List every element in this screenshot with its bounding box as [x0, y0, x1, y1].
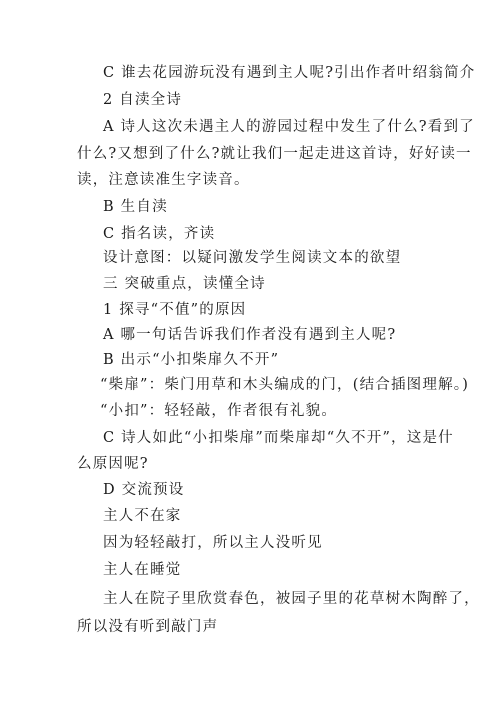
text-line: “小扣”：轻轻敲，作者很有礼貌。 [100, 402, 337, 420]
text-line: 读，注意读准生字读音。 [77, 171, 250, 189]
text-line: C 谁去花园游玩没有遇到主人呢?引出作者叶绍翁简介 [103, 64, 475, 82]
text-line: 主人不在家 [103, 507, 182, 525]
text-line: 主人在院子里欣赏春色，被园子里的花草树木陶醉了， [103, 590, 480, 608]
text-line: “柴扉”：柴门用草和木头编成的门，(结合插图理解。) [100, 376, 469, 394]
text-line: 所以没有听到敲门声 [77, 618, 218, 636]
text-line: 主人在睡觉 [103, 561, 182, 579]
text-line: B 生自渎 [103, 198, 168, 216]
text-line: A 哪一句话告诉我们作者没有遇到主人呢? [103, 326, 396, 344]
text-line: A 诗人这次未遇主人的游园过程中发生了什么?看到了 [103, 118, 475, 136]
text-line: D 交流预设 [103, 481, 184, 499]
section-heading: 三 突破重点，读懂全诗 [103, 275, 266, 293]
text-line: C 指名读，齐读 [103, 225, 215, 243]
section-heading: 1 探寻“不值”的原因 [103, 301, 246, 319]
section-heading: 2 自渎全诗 [103, 91, 182, 109]
text-line: 因为轻轻敲打，所以主人没听见 [103, 534, 323, 552]
design-intent: 设计意图：以疑问激发学生阅读文本的欲望 [103, 249, 401, 267]
text-line: 么原因呢? [77, 455, 149, 473]
text-line: 什么?又想到了什么?就让我们一起走进这首诗，好好读一 [77, 145, 472, 163]
text-line: C 诗人如此“小扣柴扉”而柴扉却“久不开”，这是什 [103, 429, 454, 447]
text-line: B 出示“小扣柴扉久不开” [103, 351, 279, 369]
